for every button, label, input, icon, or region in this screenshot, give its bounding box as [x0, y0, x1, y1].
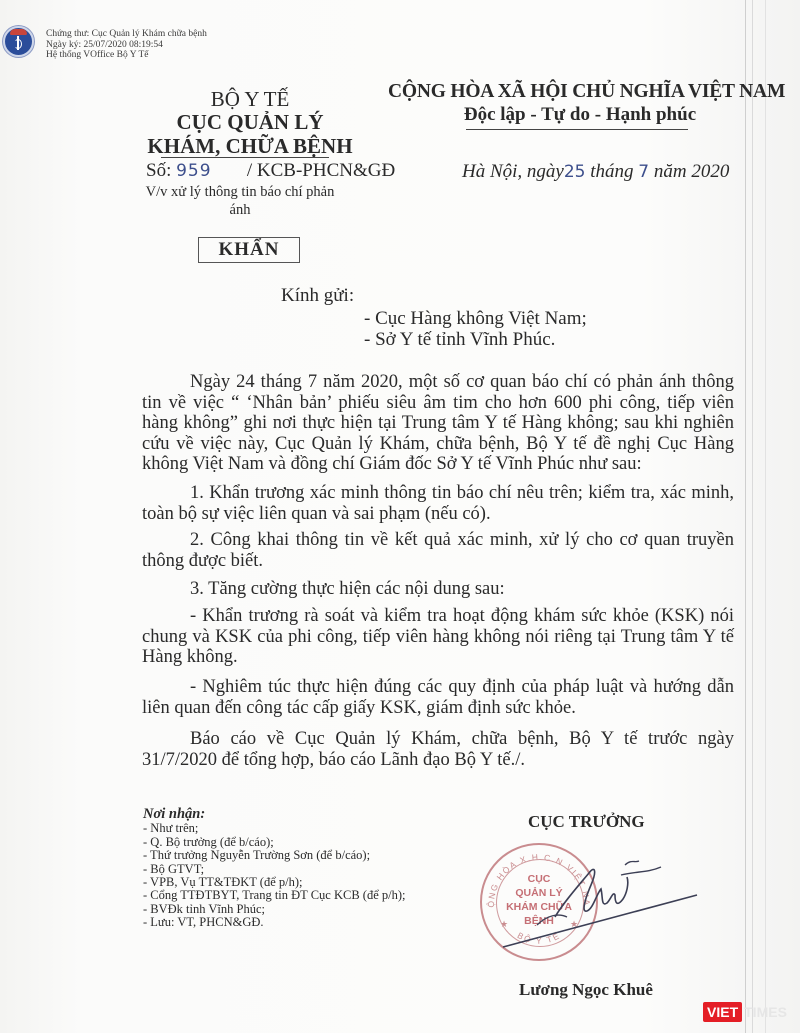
paragraph-text: 3. Tăng cường thực hiện các nội dung sau… — [142, 579, 734, 600]
signer-title: CỤC TRƯỞNG — [528, 812, 645, 832]
body-paragraph: Ngày 24 tháng 7 năm 2020, một số cơ quan… — [142, 372, 734, 475]
date-day-handwritten: 25 — [564, 162, 586, 182]
document-date: Hà Nội, ngày25 tháng 7 năm 2020 — [462, 161, 729, 183]
page-edge-line — [765, 0, 766, 1033]
document-number: Số: 959 / KCB-PHCN&GĐ — [146, 160, 395, 182]
body-paragraph: - Nghiêm túc thực hiện đúng các quy định… — [142, 677, 734, 718]
signature-system: Hệ thống VOffice Bộ Y Tế — [46, 50, 207, 61]
date-year: năm 2020 — [654, 161, 729, 182]
watermark-brand: VIET — [703, 1002, 742, 1022]
date-month-label: tháng — [590, 161, 633, 182]
recipient-item: - Cục Hàng không Việt Nam; — [364, 308, 587, 330]
paragraph-text: Báo cáo về Cục Quản lý Khám, chữa bệnh, … — [142, 729, 734, 770]
distribution-item: - Thứ trưởng Nguyễn Trường Sơn (để b/cáo… — [143, 849, 406, 862]
distribution-item: - Cổng TTĐTBYT, Trang tin ĐT Cục KCB (để… — [143, 889, 406, 902]
doc-number-handwritten: 959 — [176, 161, 242, 181]
page-edge-line — [752, 0, 753, 1033]
signer-name: Lương Ngọc Khuê — [519, 980, 653, 1000]
recipient-item: - Sở Y tế tỉnh Vĩnh Phúc. — [364, 329, 555, 351]
body-paragraph: - Khẩn trương rà soát và kiểm tra hoạt đ… — [142, 606, 734, 668]
ministry-of-health-emblem-icon — [3, 26, 34, 57]
signature-date: Ngày ký: 25/07/2020 08:19:54 — [46, 40, 207, 51]
department-name-line2: KHÁM, CHỮA BỆNH — [130, 134, 370, 159]
digital-signature-info: Chứng thư: Cục Quản lý Khám chữa bệnh Ng… — [46, 29, 207, 61]
body-paragraph: Báo cáo về Cục Quản lý Khám, chữa bệnh, … — [142, 729, 734, 770]
paragraph-text: 1. Khẩn trương xác minh thông tin báo ch… — [142, 483, 734, 524]
national-motto: Độc lập - Tự do - Hạnh phúc — [460, 104, 700, 126]
document-page: Chứng thư: Cục Quản lý Khám chữa bệnh Ng… — [0, 0, 800, 1033]
date-month-handwritten: 7 — [638, 162, 649, 182]
greeting: Kính gửi: — [281, 285, 354, 307]
distribution-item: - Lưu: VT, PHCN&GĐ. — [143, 916, 406, 929]
paragraph-text: Ngày 24 tháng 7 năm 2020, một số cơ quan… — [142, 372, 734, 475]
document-subject: V/v xử lý thông tin báo chí phản ánh — [140, 183, 340, 219]
page-edge-line — [745, 0, 746, 1033]
motto-underline — [466, 129, 688, 130]
paragraph-text: - Nghiêm túc thực hiện đúng các quy định… — [142, 677, 734, 718]
urgent-label: KHẨN — [198, 237, 300, 263]
date-place: Hà Nội, ngày — [462, 161, 564, 182]
distribution-item: - Như trên; — [143, 822, 406, 835]
distribution-item: - Bộ GTVT; — [143, 863, 406, 876]
body-paragraph: 2. Công khai thông tin về kết quả xác mi… — [142, 530, 734, 571]
viettimes-watermark: VIET TIMES — [703, 1002, 787, 1022]
doc-number-prefix: Số: — [146, 160, 171, 181]
distribution-item: - BVĐk tỉnh Vĩnh Phúc; — [143, 903, 406, 916]
distribution-title: Nơi nhận: — [143, 808, 406, 821]
watermark-brand-ghost: TIMES — [744, 1004, 787, 1020]
paragraph-text: 2. Công khai thông tin về kết quả xác mi… — [142, 530, 734, 571]
header-underline — [161, 157, 329, 158]
body-paragraph: 1. Khẩn trương xác minh thông tin báo ch… — [142, 483, 734, 524]
doc-number-suffix: / KCB-PHCN&GĐ — [247, 160, 395, 181]
department-name-line1: CỤC QUẢN LÝ — [140, 110, 360, 135]
body-paragraph: 3. Tăng cường thực hiện các nội dung sau… — [142, 579, 734, 600]
paragraph-text: - Khẩn trương rà soát và kiểm tra hoạt đ… — [142, 606, 734, 668]
signature-certificate: Chứng thư: Cục Quản lý Khám chữa bệnh — [46, 29, 207, 40]
distribution-item: - VPB, Vụ TT&TĐKT (để p/h); — [143, 876, 406, 889]
national-title: CỘNG HÒA XÃ HỘI CHỦ NGHĨA VIỆT NAM — [388, 81, 773, 103]
distribution-list: Nơi nhận: - Như trên; - Q. Bộ trưởng (để… — [143, 808, 406, 930]
handwritten-signature-icon — [497, 855, 707, 965]
distribution-item: - Q. Bộ trưởng (để b/cáo); — [143, 836, 406, 849]
ministry-name: BỘ Y TẾ — [150, 87, 350, 112]
